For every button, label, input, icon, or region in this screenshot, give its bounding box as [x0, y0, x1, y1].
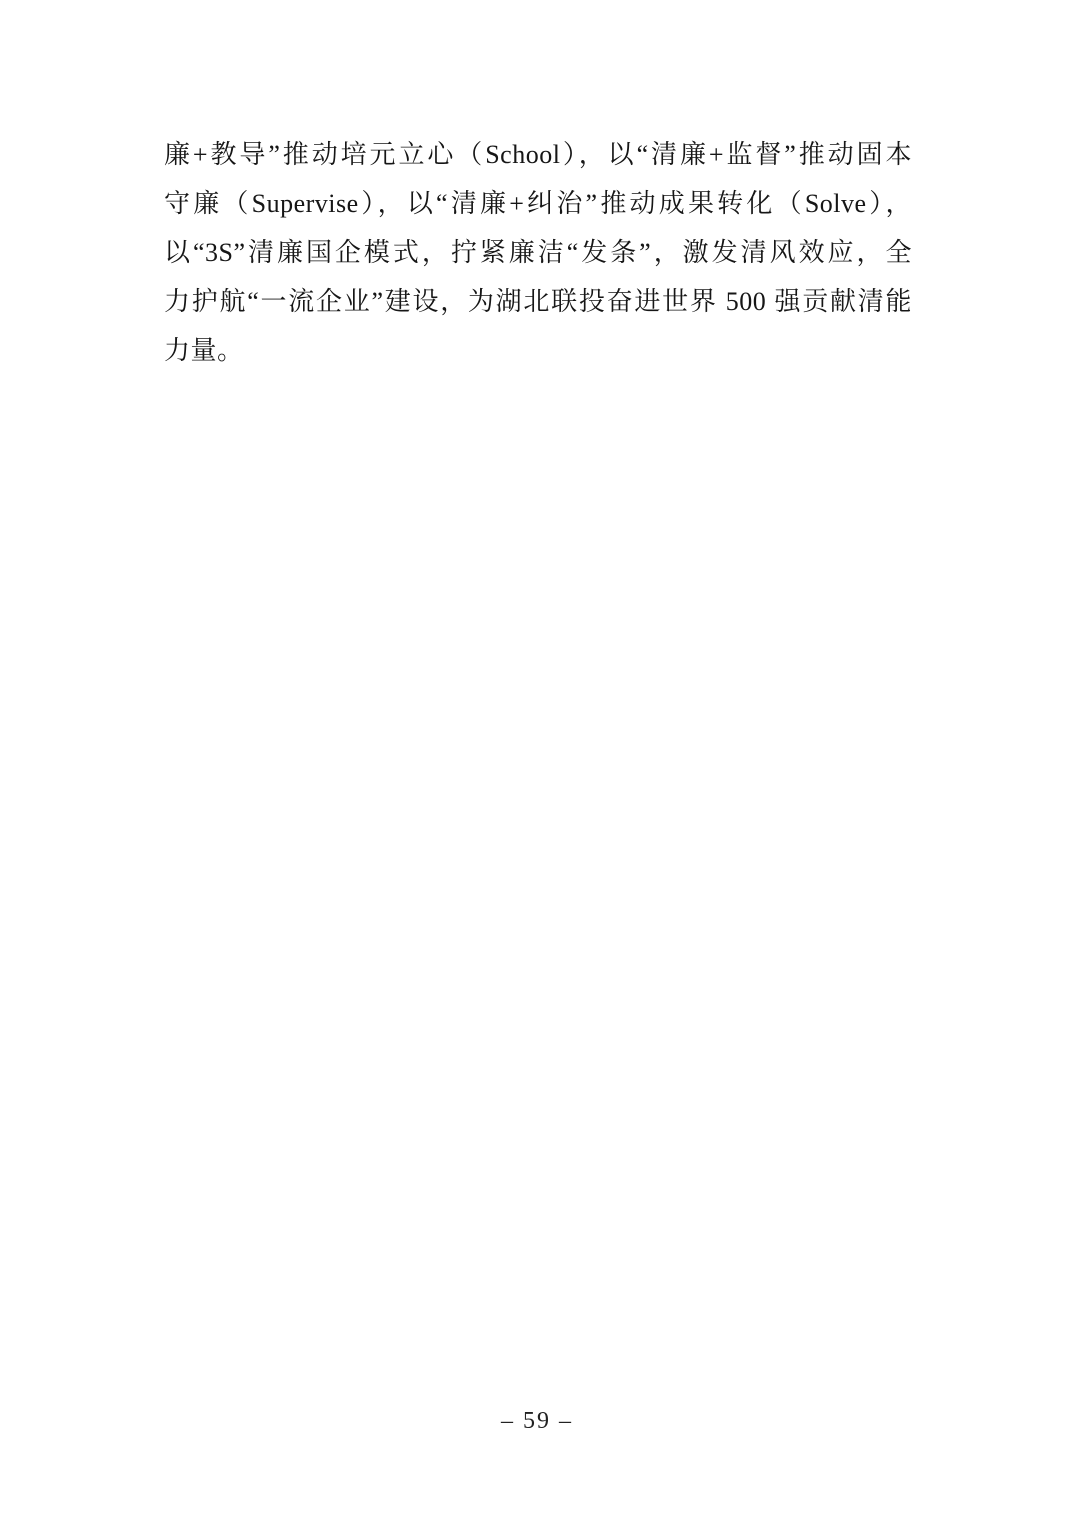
document-page: 廉+教导”推动培元立心（School），以“清廉+监督”推动固本 守廉（Supe…	[0, 0, 1074, 1520]
paragraph-line-3: 以“3S”清廉国企模式，拧紧廉洁“发条”，激发清风效应，全	[164, 228, 912, 277]
body-paragraph: 廉+教导”推动培元立心（School），以“清廉+监督”推动固本 守廉（Supe…	[164, 130, 912, 375]
page-number: – 59 –	[0, 1408, 1074, 1435]
paragraph-line-4: 力护航“一流企业”建设，为湖北联投奋进世界 500 强贡献清能	[164, 277, 912, 326]
paragraph-line-2: 守廉（Supervise），以“清廉+纠治”推动成果转化（Solve），	[164, 179, 912, 228]
paragraph-line-1: 廉+教导”推动培元立心（School），以“清廉+监督”推动固本	[164, 130, 912, 179]
paragraph-line-5: 力量。	[164, 326, 912, 375]
